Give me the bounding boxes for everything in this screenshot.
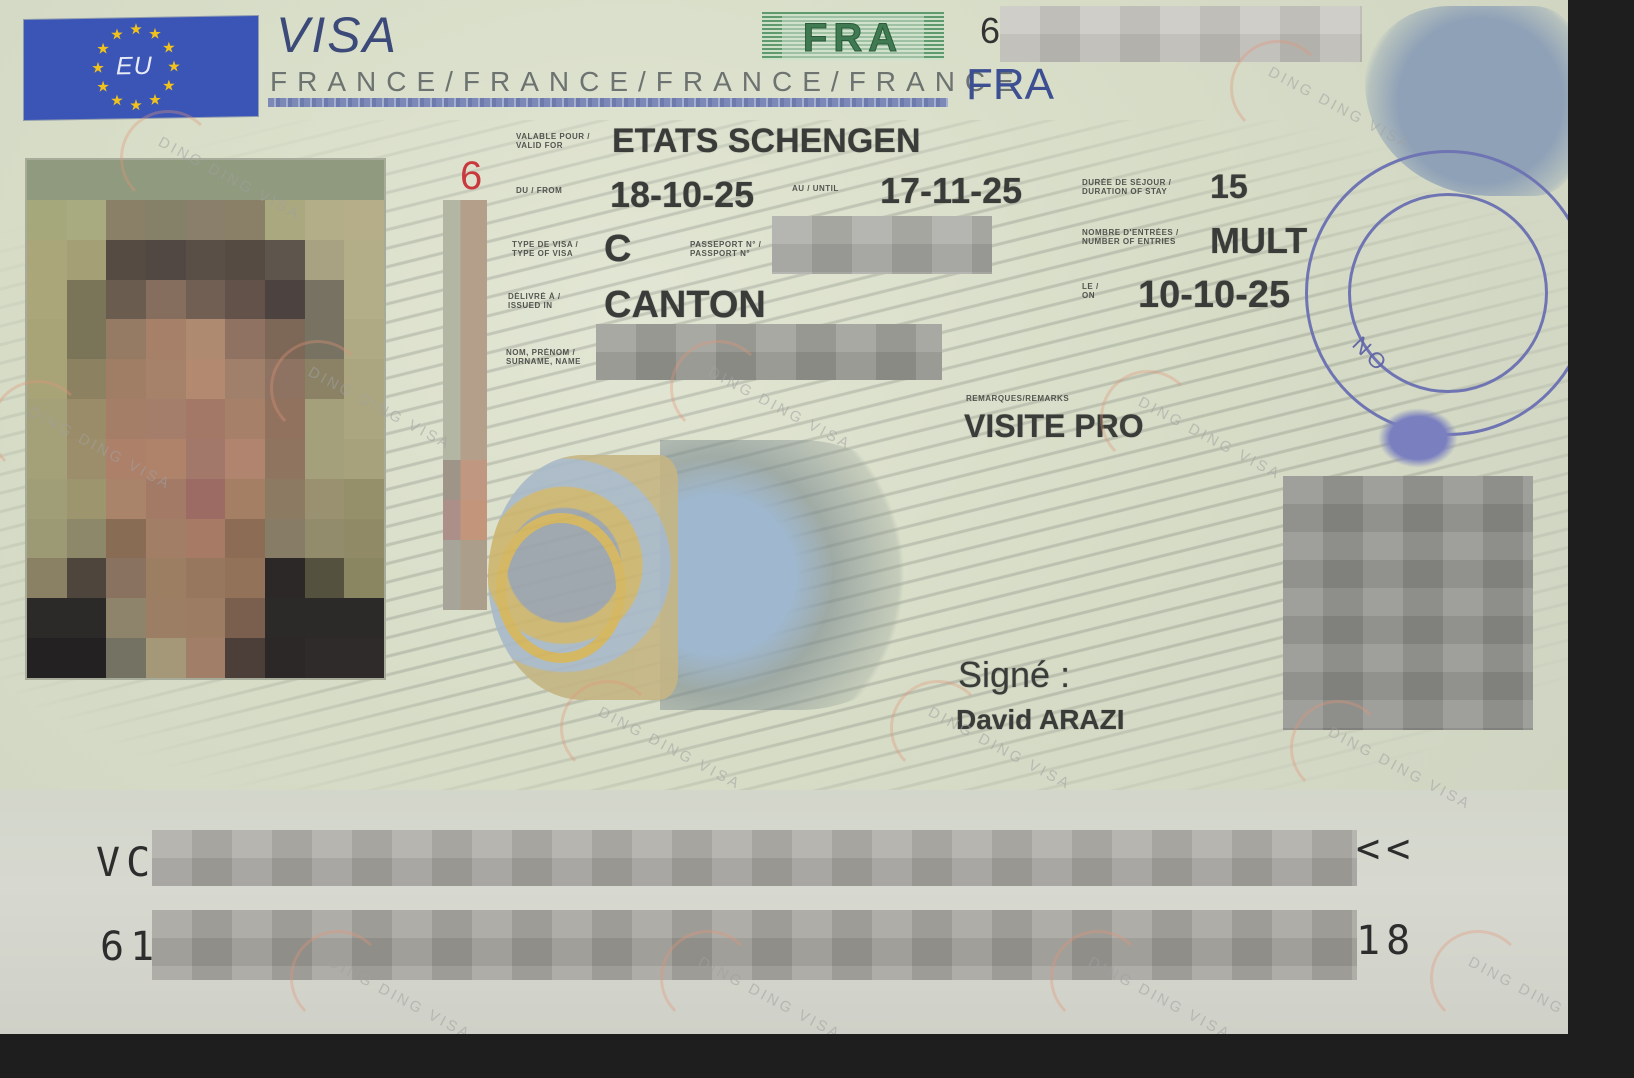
eu-star-icon: ★ (167, 60, 181, 74)
issued-in-value: CANTON (604, 284, 766, 327)
signature-label: Signé : (958, 654, 1070, 696)
mrz-line1-prefix: VC (96, 840, 156, 886)
eu-star-icon: ★ (129, 23, 143, 37)
from-label: DU / FROM (516, 186, 566, 195)
barcode-redacted (1283, 476, 1533, 730)
from-value: 18-10-25 (610, 174, 754, 216)
name-label: NOM, PRÉNOM / SURNAME, NAME (506, 348, 590, 366)
eu-star-icon: ★ (110, 94, 124, 108)
eu-star-icon: ★ (96, 43, 110, 57)
serial-number-prefix: 6 (980, 10, 1000, 52)
valid-for-value: ETATS SCHENGEN (612, 122, 921, 161)
eu-star-icon: ★ (91, 62, 105, 76)
passport-number-redacted (772, 216, 992, 274)
eu-label: EU (116, 52, 153, 82)
until-label: AU / UNTIL (792, 184, 842, 193)
issuing-country-line: FRANCE/FRANCE/FRANCE/FRANCE (270, 66, 1024, 98)
visa-type-label: TYPE DE VISA / TYPE OF VISA (512, 240, 592, 258)
holder-name-redacted (596, 324, 942, 380)
eu-star-icon: ★ (162, 79, 176, 93)
eu-star-icon: ★ (162, 41, 176, 55)
entries-value: MULT (1210, 220, 1307, 262)
stamp-emblem-foot (1378, 408, 1458, 468)
country-stamp-box: FRA (762, 12, 944, 60)
passport-label: PASSEPORT N° / PASSPORT N° (690, 240, 770, 258)
document-type-title: VISA (276, 6, 398, 64)
hologram-emblem-icon (488, 455, 678, 700)
page-marker: 6 (460, 154, 482, 199)
microprint-band (268, 98, 948, 107)
country-stamp-text: FRA (782, 16, 924, 61)
mrz-line1-suffix: << (1356, 826, 1416, 872)
issue-date-value: 10-10-25 (1138, 274, 1290, 317)
valid-for-label: VALABLE POUR / VALID FOR (516, 132, 606, 150)
duration-label: DURÉE DE SÉJOUR / DURATION OF STAY (1082, 178, 1192, 196)
hologram-seal-blue (660, 440, 940, 710)
eu-star-icon: ★ (96, 81, 110, 95)
entries-label: NOMBRE D'ENTRÉES / NUMBER OF ENTRIES (1082, 228, 1202, 246)
until-value: 17-11-25 (880, 170, 1022, 212)
country-code: FRA (966, 60, 1054, 110)
eu-star-icon: ★ (148, 94, 162, 108)
issued-in-label: DÉLIVRÉ À / ISSUED IN (508, 292, 572, 310)
eu-flag-icon: ★★★★★★★★★★★★ EU (24, 16, 258, 120)
mrz-line1-redacted (152, 830, 1357, 886)
eu-star-icon: ★ (148, 28, 162, 42)
eu-star-icon: ★ (129, 99, 143, 113)
visa-type-value: C (604, 228, 631, 271)
duration-value: 15 (1210, 168, 1248, 207)
eu-star-icon: ★ (110, 28, 124, 42)
vertical-strip-redacted (443, 200, 487, 610)
visa-sticker: ★★★★★★★★★★★★ EU VISA FRANCE/FRANCE/FRANC… (0, 0, 1568, 1034)
mrz-line2-suffix: 18 (1356, 918, 1416, 964)
issue-date-label: LE / ON (1082, 282, 1112, 300)
